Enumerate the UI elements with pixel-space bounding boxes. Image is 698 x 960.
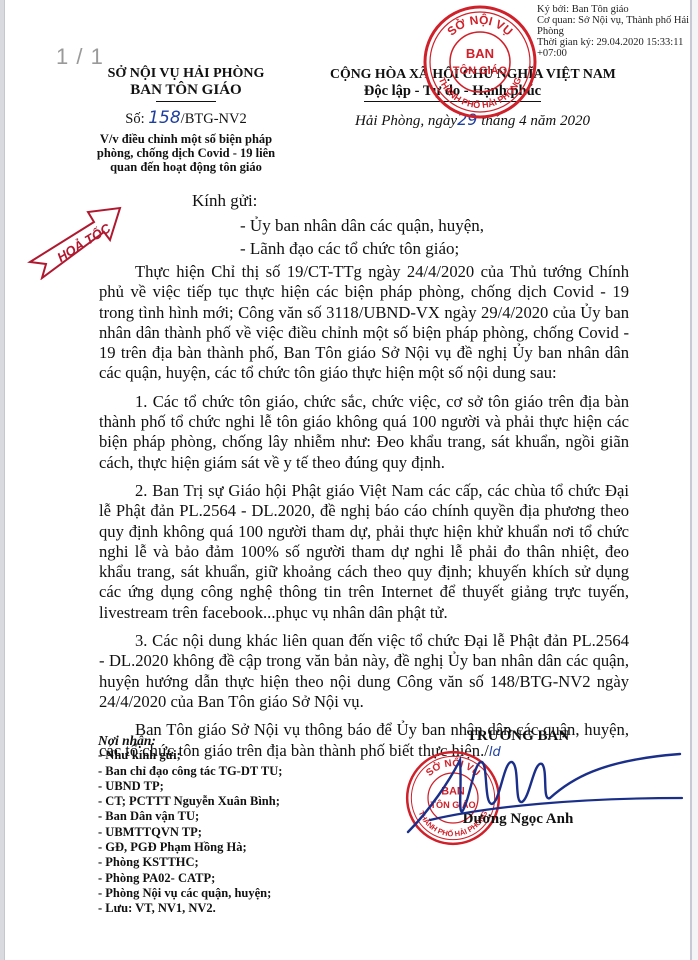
svg-text:THÀNH PHỐ HẢI PHÒNG: THÀNH PHỐ HẢI PHÒNG: [437, 76, 523, 110]
header-divider: [156, 101, 216, 102]
digital-signature-info: Ký bởi: Ban Tôn giáo Cơ quan: Sở Nội vụ,…: [537, 4, 697, 59]
number-suffix: /BTG-NV2: [181, 111, 247, 127]
addressee-label: Kính gửi:: [192, 191, 257, 211]
item-1-paragraph: 1. Các tổ chức tôn giáo, chức sắc, chức …: [99, 392, 629, 473]
recipient-item: - Lưu: VT, NV1, NV2.: [98, 901, 282, 916]
recipient-item: - Như kính gửi;: [98, 748, 282, 763]
document-body: Thực hiện Chỉ thị số 19/CT-TTg ngày 24/4…: [99, 262, 629, 771]
recipient-item: - Phòng KSTTHC;: [98, 855, 282, 870]
handwritten-signature-icon: [400, 740, 690, 840]
recipient-item: - Ban chỉ đạo công tác TG-DT TU;: [98, 764, 282, 779]
viewer-left-border: [0, 0, 5, 960]
recipient-item: - Phòng PA02- CATP;: [98, 871, 282, 886]
addressee-item: - Ủy ban nhân dân các quận, huyện,: [240, 214, 484, 237]
signed-by: Ký bởi: Ban Tôn giáo: [537, 4, 697, 15]
organization-name: BAN TÔN GIÁO: [95, 82, 277, 99]
addressee-item: - Lãnh đạo các tổ chức tôn giáo;: [240, 237, 484, 260]
document-subject: V/v điều chỉnh một số biện pháp phòng, c…: [95, 132, 277, 174]
handwritten-number: 158: [148, 108, 180, 128]
item-2-paragraph: 2. Ban Trị sự Giáo hội Phật giáo Việt Na…: [99, 481, 629, 623]
svg-text:BAN: BAN: [466, 46, 494, 61]
svg-text:TÔN GIÁO: TÔN GIÁO: [453, 64, 508, 77]
document-number: Số: 158/BTG-NV2: [95, 108, 277, 128]
recipient-item: - Ban Dân vận TU;: [98, 809, 282, 824]
recipient-item: - UBMTTQVN TP;: [98, 825, 282, 840]
recipients-title: Nơi nhận:: [98, 733, 282, 748]
number-prefix: Số:: [125, 111, 148, 127]
intro-paragraph: Thực hiện Chỉ thị số 19/CT-TTg ngày 24/4…: [99, 262, 629, 384]
recipient-item: - GĐ, PGĐ Phạm Hồng Hà;: [98, 840, 282, 855]
svg-text:SỞ NỘI VỤ: SỞ NỘI VỤ: [445, 12, 516, 39]
item-3-paragraph: 3. Các nội dung khác liên quan đến việc …: [99, 631, 629, 712]
signing-agency: Cơ quan: Sở Nội vụ, Thành phố Hải Phòng: [537, 15, 697, 37]
signing-time: Thời gian ký: 29.04.2020 15:33:11 +07:00: [537, 37, 697, 59]
issuing-authority: SỞ NỘI VỤ HẢI PHÒNG BAN TÔN GIÁO Số: 158…: [95, 66, 277, 174]
svg-text:HOẢ TỐC: HOẢ TỐC: [54, 220, 113, 265]
recipient-item: - UBND TP;: [98, 779, 282, 794]
viewer-scrollbar[interactable]: [690, 0, 698, 960]
recipient-item: - CT; PCTTT Nguyễn Xuân Bình;: [98, 794, 282, 809]
parent-organization: SỞ NỘI VỤ HẢI PHÒNG: [95, 66, 277, 82]
official-seal-top: SỞ NỘI VỤ THÀNH PHỐ HẢI PHÒNG BAN TÔN GI…: [420, 2, 540, 122]
recipient-item: - Phòng Nội vụ các quận, huyện;: [98, 886, 282, 901]
recipients-block: Nơi nhận: - Như kính gửi; - Ban chỉ đạo …: [98, 733, 282, 917]
addressee-list: - Ủy ban nhân dân các quận, huyện, - Lãn…: [240, 214, 484, 260]
